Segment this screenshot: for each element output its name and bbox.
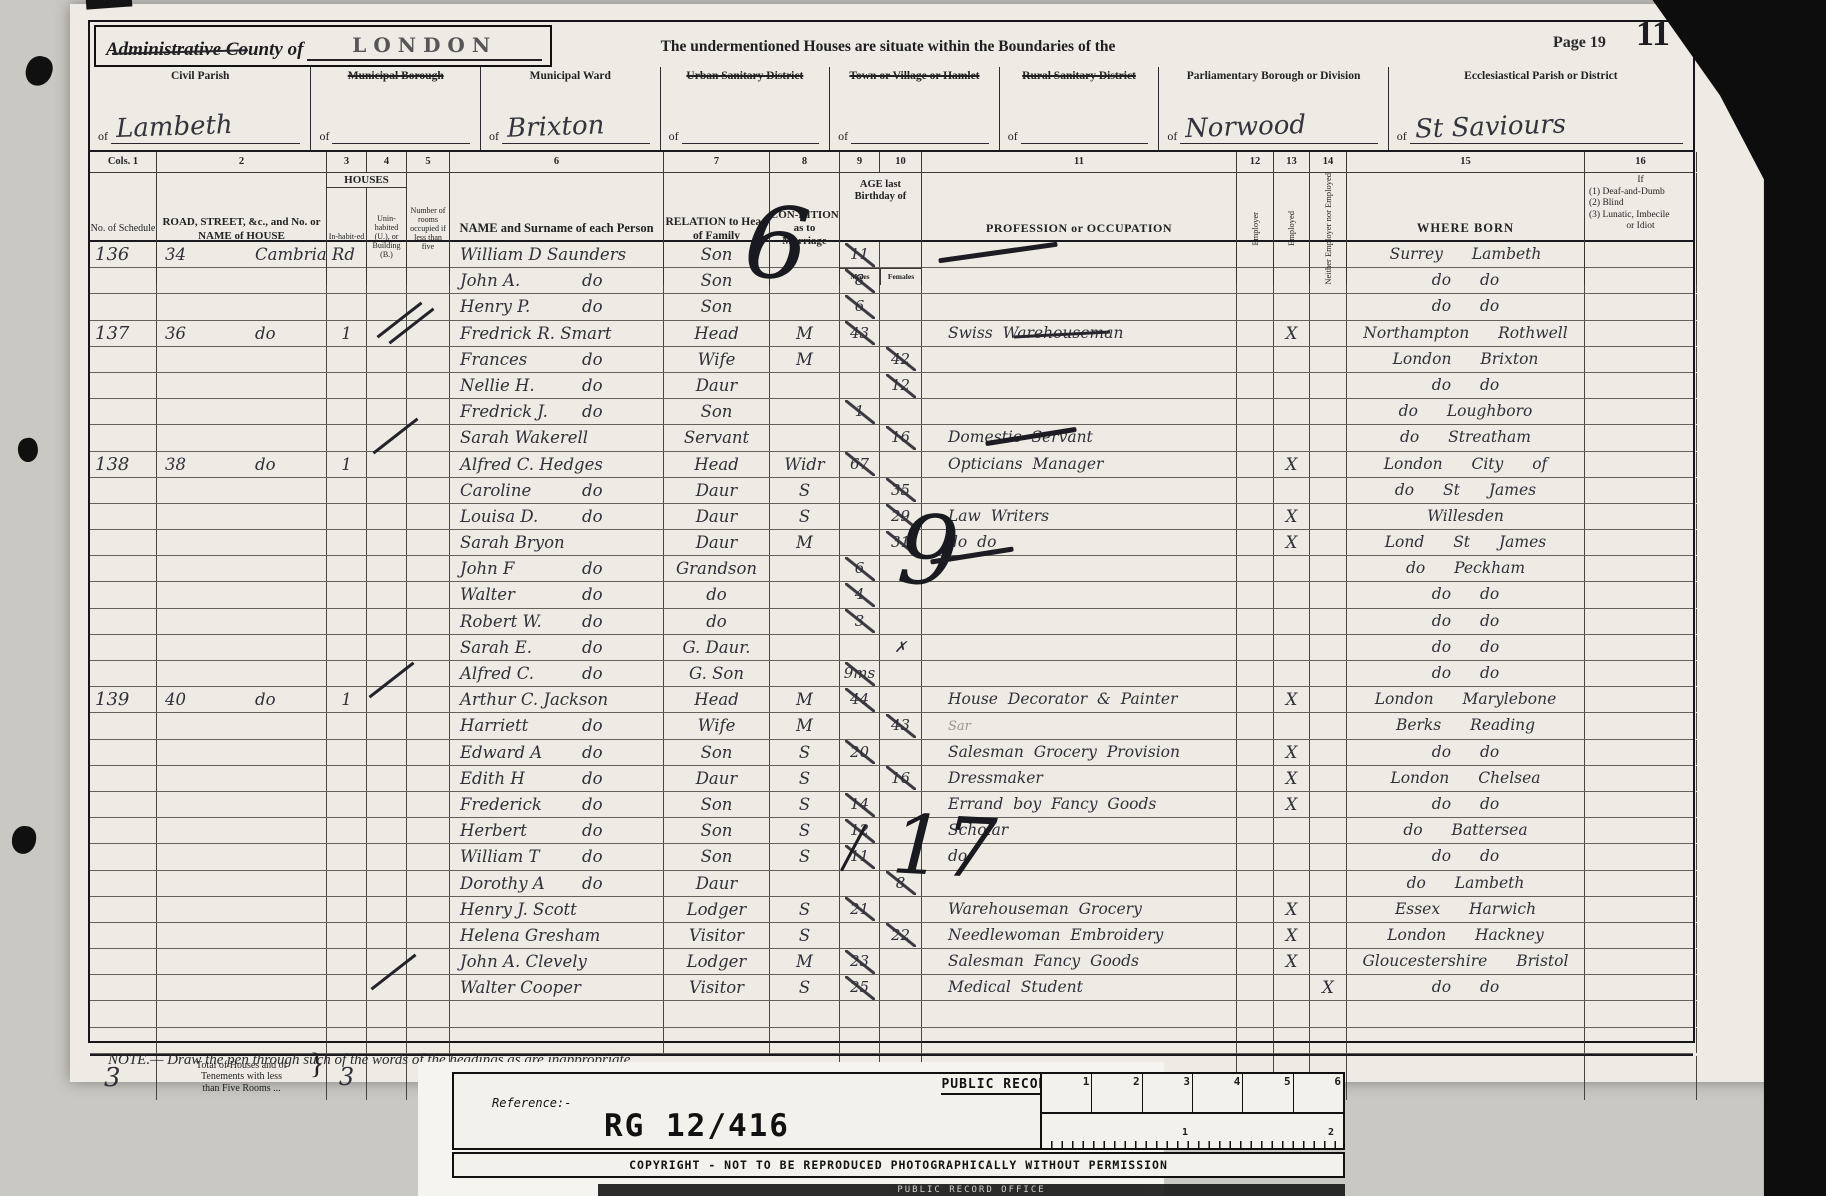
cell-condition: S <box>770 844 840 869</box>
census-page-scan: { "page": { "page_label": "Page 19", "pa… <box>0 0 1826 1196</box>
cell-age-female <box>880 1028 922 1053</box>
cell-inhabited <box>327 425 367 450</box>
cell-employer <box>1237 740 1274 765</box>
cell-name: Helena Gresham <box>450 923 664 948</box>
cell-employer <box>1237 321 1274 346</box>
cell-infirmity <box>1585 242 1697 267</box>
cell-employer <box>1237 582 1274 607</box>
cell-infirmity <box>1585 452 1697 477</box>
census-table: Cols. 12 34 56 78 910 1112 1314 1516 No.… <box>90 150 1693 1100</box>
cell-where-born: Surrey Lambeth <box>1347 242 1585 267</box>
cell-relation: Grandson <box>664 556 770 581</box>
handwritten-value: Brixton <box>507 110 605 143</box>
cell-name: Henry J. Scott <box>450 897 664 922</box>
table-row: Edith HdoDaurS16DressmakerXLondon Chelse… <box>90 766 1693 792</box>
cell-employer <box>1237 268 1274 293</box>
cell-condition: S <box>770 740 840 765</box>
cell-address: 40do <box>157 687 327 712</box>
cell-neither <box>1310 1028 1347 1053</box>
partial-stamp-band: PUBLIC RECORD OFFICE <box>598 1184 1345 1196</box>
cell-where-born: London Marylebone <box>1347 687 1585 712</box>
cell-employed <box>1274 347 1310 372</box>
cell-condition: S <box>770 792 840 817</box>
cell-relation: do <box>664 609 770 634</box>
cell-rooms <box>407 504 450 529</box>
cell-age-male: 21 <box>840 897 880 922</box>
cell-condition <box>770 1001 840 1026</box>
cell-relation: Daur <box>664 871 770 896</box>
cell-employer <box>1237 478 1274 503</box>
cell-inhabited <box>327 609 367 634</box>
cell-occupation: Dressmaker <box>922 766 1237 791</box>
cell-employed <box>1274 556 1310 581</box>
cell-name: Frederickdo <box>450 792 664 817</box>
cell-address <box>157 582 327 607</box>
cell-age-male: 6 <box>840 294 880 319</box>
cell-infirmity <box>1585 504 1697 529</box>
cell-uninhabited <box>367 923 407 948</box>
cell-inhabited <box>327 766 367 791</box>
cell-where-born: Berks Reading <box>1347 713 1585 739</box>
cell-age-male: 43 <box>840 321 880 346</box>
table-row: Helena GreshamVisitorS22Needlewoman Embr… <box>90 923 1693 949</box>
cell-relation: Servant <box>664 425 770 450</box>
cell-age-female <box>880 452 922 477</box>
cell-inhabited <box>327 923 367 948</box>
district-municipal-ward: Municipal Ward of Brixton <box>481 67 661 150</box>
cell-neither <box>1310 452 1347 477</box>
cell-condition <box>770 556 840 581</box>
cell-name: Sarah Wakerell <box>450 425 664 450</box>
cell-inhabited <box>327 504 367 529</box>
cell-infirmity <box>1585 897 1697 922</box>
cell-name <box>450 1028 664 1053</box>
cell-condition <box>770 609 840 634</box>
cell-condition: M <box>770 321 840 346</box>
table-row: John FdoGrandson6do Peckham <box>90 556 1693 582</box>
cell-where-born: do do <box>1347 294 1585 319</box>
cell-age-female: 16 <box>880 425 922 450</box>
cell-inhabited <box>327 1001 367 1026</box>
cell-address <box>157 661 327 686</box>
cell-age-female <box>880 975 922 1000</box>
cell-occupation: House Decorator & Painter <box>922 687 1237 712</box>
cell-schedule <box>90 556 157 581</box>
cell-inhabited <box>327 897 367 922</box>
cell-occupation <box>922 661 1237 686</box>
cell-relation: Wife <box>664 347 770 372</box>
cell-infirmity <box>1585 1028 1697 1053</box>
cell-employer <box>1237 661 1274 686</box>
table-row: Sarah E.doG. Daur.✗do do <box>90 635 1693 661</box>
cell-rooms <box>407 871 450 896</box>
admin-county-rule: LONDON <box>307 39 542 61</box>
cell-employer <box>1237 556 1274 581</box>
cell-age-male <box>840 530 880 555</box>
cell-inhabited <box>327 582 367 607</box>
cell-occupation: Law Writers <box>922 504 1237 529</box>
cell-occupation: Needlewoman Embroidery <box>922 923 1237 948</box>
cell-rooms <box>407 897 450 922</box>
cell-age-female <box>880 321 922 346</box>
cell-relation: Son <box>664 740 770 765</box>
cell-employed: X <box>1274 687 1310 712</box>
cell-name: Walter Cooper <box>450 975 664 1000</box>
cell-age-male: 44 <box>840 687 880 712</box>
cell-inhabited <box>327 792 367 817</box>
cell-relation: Daur <box>664 373 770 398</box>
cell-employed <box>1274 478 1310 503</box>
cell-where-born: Northampton Rothwell <box>1347 321 1585 346</box>
cell-inhabited <box>327 740 367 765</box>
cell-schedule: 138 <box>90 452 157 477</box>
cell-name: William Tdo <box>450 844 664 869</box>
reference-label: Reference:- <box>492 1096 571 1110</box>
cell-uninhabited <box>367 373 407 398</box>
cell-employer <box>1237 871 1274 896</box>
cell-employer <box>1237 242 1274 267</box>
tally-mark-17: 17 <box>890 797 999 897</box>
cell-rooms <box>407 347 450 372</box>
cell-employer <box>1237 294 1274 319</box>
cell-address <box>157 399 327 424</box>
cell-age-male <box>840 373 880 398</box>
cell-employer <box>1237 399 1274 424</box>
table-row: FrederickdoSonS14Errand boy Fancy GoodsX… <box>90 792 1693 818</box>
cell-inhabited <box>327 949 367 974</box>
cell-neither <box>1310 294 1347 319</box>
cell-relation: Head <box>664 452 770 477</box>
cell-rooms <box>407 1001 450 1026</box>
cell-infirmity <box>1585 582 1697 607</box>
cell-address <box>157 923 327 948</box>
cell-where-born: London Chelsea <box>1347 766 1585 791</box>
handwritten-value: St Saviours <box>1414 109 1566 144</box>
cell-where-born: do Battersea <box>1347 818 1585 843</box>
cell-employed <box>1274 713 1310 739</box>
admin-county-label: Administrative County of <box>106 39 303 61</box>
cell-schedule <box>90 923 157 948</box>
table-row <box>90 1001 1693 1027</box>
cell-employer <box>1237 425 1274 450</box>
table-row: Alfred C.doG. Son9msdo do <box>90 661 1693 687</box>
cell-relation <box>664 1028 770 1053</box>
cell-relation: Son <box>664 844 770 869</box>
table-row: Walter CooperVisitorS25Medical StudentXd… <box>90 975 1693 1001</box>
cell-rooms <box>407 687 450 712</box>
cell-uninhabited <box>367 504 407 529</box>
cell-where-born: do do <box>1347 792 1585 817</box>
cell-employer <box>1237 975 1274 1000</box>
cell-employed <box>1274 871 1310 896</box>
table-row: FrancesdoWifeM42London Brixton <box>90 347 1693 373</box>
cell-employer <box>1237 923 1274 948</box>
cell-where-born: do do <box>1347 740 1585 765</box>
cell-condition: S <box>770 975 840 1000</box>
cell-age-male <box>840 504 880 529</box>
cell-relation: Head <box>664 687 770 712</box>
cell-where-born: do do <box>1347 975 1585 1000</box>
cell-address <box>157 530 327 555</box>
cell-employer <box>1237 347 1274 372</box>
cell-rooms <box>407 556 450 581</box>
cell-age-female <box>880 1001 922 1026</box>
cell-inhabited <box>327 373 367 398</box>
cell-uninhabited <box>367 792 407 817</box>
cell-employed <box>1274 425 1310 450</box>
cell-employed <box>1274 1001 1310 1026</box>
cell-schedule <box>90 425 157 450</box>
cell-neither: X <box>1310 975 1347 1000</box>
cell-employed <box>1274 844 1310 869</box>
cell-uninhabited <box>367 609 407 634</box>
cell-employer <box>1237 844 1274 869</box>
cell-relation: G. Son <box>664 661 770 686</box>
cell-address <box>157 949 327 974</box>
cell-where-born: London City of <box>1347 452 1585 477</box>
cell-rooms <box>407 452 450 477</box>
cell-address <box>157 556 327 581</box>
cell-schedule <box>90 713 157 739</box>
cell-age-female <box>880 242 922 267</box>
cell-employed <box>1274 582 1310 607</box>
cell-infirmity <box>1585 530 1697 555</box>
cell-name: William D Saunders <box>450 242 664 267</box>
cell-age-male: 1 <box>840 399 880 424</box>
cell-infirmity <box>1585 792 1697 817</box>
cell-rooms <box>407 923 450 948</box>
cell-employed <box>1274 294 1310 319</box>
cell-rooms <box>407 609 450 634</box>
cell-age-male: 67 <box>840 452 880 477</box>
cell-address <box>157 1001 327 1026</box>
cell-age-male <box>840 923 880 948</box>
cell-condition: S <box>770 923 840 948</box>
cell-inhabited: 1 <box>327 452 367 477</box>
cell-neither <box>1310 478 1347 503</box>
cell-name: Louisa D.do <box>450 504 664 529</box>
table-row: 13838do1Alfred C. HedgesHeadWidr67Optici… <box>90 452 1693 478</box>
cell-name: Sarah E.do <box>450 635 664 660</box>
cell-schedule <box>90 347 157 372</box>
cell-schedule <box>90 635 157 660</box>
cell-schedule <box>90 661 157 686</box>
cell-rooms <box>407 582 450 607</box>
cell-occupation: Opticians Manager <box>922 452 1237 477</box>
cell-name: Fredrick J.do <box>450 399 664 424</box>
cell-employed <box>1274 818 1310 843</box>
cell-age-male <box>840 713 880 739</box>
cell-where-born <box>1347 1028 1585 1053</box>
cell-infirmity <box>1585 923 1697 948</box>
cell-inhabited <box>327 399 367 424</box>
cell-address <box>157 1028 327 1053</box>
cell-rooms <box>407 242 450 267</box>
cell-age-female <box>880 687 922 712</box>
cell-condition <box>770 425 840 450</box>
cell-name: Arthur C. Jackson <box>450 687 664 712</box>
cell-age-male: 25 <box>840 975 880 1000</box>
cell-relation: Daur <box>664 478 770 503</box>
cell-occupation <box>922 556 1237 581</box>
cell-relation: G. Daur. <box>664 635 770 660</box>
cell-neither <box>1310 399 1347 424</box>
cell-occupation: Swiss Warehouseman <box>922 321 1237 346</box>
cell-employed <box>1274 1028 1310 1053</box>
cell-age-female: 42 <box>880 347 922 372</box>
cell-condition <box>770 582 840 607</box>
cell-infirmity <box>1585 687 1697 712</box>
cell-name: Francesdo <box>450 347 664 372</box>
cell-inhabited: 1 <box>327 321 367 346</box>
cell-infirmity <box>1585 321 1697 346</box>
cell-neither <box>1310 268 1347 293</box>
table-row: Nellie H.doDaur12do do <box>90 373 1693 399</box>
cell-infirmity <box>1585 635 1697 660</box>
cell-occupation: Sar <box>922 713 1237 739</box>
cell-rooms <box>407 713 450 739</box>
cell-inhabited <box>327 1028 367 1053</box>
cell-inhabited <box>327 635 367 660</box>
cell-age-female <box>880 949 922 974</box>
cell-employer <box>1237 452 1274 477</box>
cell-where-born: Lond St James <box>1347 530 1585 555</box>
cell-condition: S <box>770 818 840 843</box>
cell-condition <box>770 1028 840 1053</box>
cell-relation: Son <box>664 818 770 843</box>
cell-name: John Fdo <box>450 556 664 581</box>
cell-rooms <box>407 478 450 503</box>
district-rural-sanitary: Rural Sanitary District of <box>1000 67 1160 150</box>
cell-name: Alfred C.do <box>450 661 664 686</box>
pen-strike <box>1014 330 1110 338</box>
cell-schedule <box>90 530 157 555</box>
cell-age-female <box>880 661 922 686</box>
handwritten-value: Lambeth <box>116 110 234 144</box>
cell-condition <box>770 871 840 896</box>
cell-name: Herbertdo <box>450 818 664 843</box>
copyright-strip: COPYRIGHT - NOT TO BE REPRODUCED PHOTOGR… <box>452 1152 1345 1178</box>
cell-employer <box>1237 766 1274 791</box>
cell-infirmity <box>1585 1001 1697 1026</box>
folio-stamp: 11 <box>1636 12 1670 54</box>
cell-infirmity <box>1585 373 1697 398</box>
cell-condition: M <box>770 687 840 712</box>
cell-rooms <box>407 268 450 293</box>
table-row: Sarah BryonDaurM31do doXLond St James <box>90 530 1693 556</box>
cell-name: Carolinedo <box>450 478 664 503</box>
cell-occupation <box>922 347 1237 372</box>
cell-condition <box>770 373 840 398</box>
cell-neither <box>1310 530 1347 555</box>
cell-neither <box>1310 766 1347 791</box>
cell-occupation: Domestic Servant <box>922 425 1237 450</box>
cell-address <box>157 844 327 869</box>
cell-infirmity <box>1585 294 1697 319</box>
column-headers-row: No. of Schedule ROAD, STREET, &c., and N… <box>90 173 1693 242</box>
cell-infirmity <box>1585 609 1697 634</box>
cell-where-born: do St James <box>1347 478 1585 503</box>
cell-relation: do <box>664 582 770 607</box>
cell-schedule <box>90 975 157 1000</box>
cell-age-male: 3 <box>840 609 880 634</box>
cell-schedule <box>90 373 157 398</box>
cell-where-born: do Loughboro <box>1347 399 1585 424</box>
cell-age-male: 8 <box>840 268 880 293</box>
cell-where-born: do do <box>1347 844 1585 869</box>
district-municipal-borough: Municipal Borough of <box>311 67 481 150</box>
cell-employer <box>1237 1001 1274 1026</box>
cell-address <box>157 740 327 765</box>
table-row: Sarah WakerellServant16Domestic Servantd… <box>90 425 1693 451</box>
cell-schedule: 139 <box>90 687 157 712</box>
cell-condition: M <box>770 949 840 974</box>
cell-neither <box>1310 661 1347 686</box>
cell-relation: Wife <box>664 713 770 739</box>
ruler-numbers: 12 34 56 <box>1042 1074 1343 1114</box>
cell-where-born: do do <box>1347 635 1585 660</box>
district-ecclesiastical: Ecclesiastical Parish or District of St … <box>1389 67 1693 150</box>
cell-rooms <box>407 844 450 869</box>
cell-neither <box>1310 949 1347 974</box>
cell-name: Nellie H.do <box>450 373 664 398</box>
cell-address <box>157 975 327 1000</box>
cell-schedule <box>90 268 157 293</box>
cell-age-male <box>840 1028 880 1053</box>
cell-name: Harriettdo <box>450 713 664 739</box>
situate-line: The undermentioned Houses are situate wi… <box>568 38 1208 56</box>
cell-relation: Lodger <box>664 897 770 922</box>
cell-address <box>157 347 327 372</box>
cell-infirmity <box>1585 766 1697 791</box>
cell-age-female: 16 <box>880 766 922 791</box>
cell-rooms <box>407 792 450 817</box>
cell-uninhabited <box>367 635 407 660</box>
cell-relation: Lodger <box>664 949 770 974</box>
cell-inhabited <box>327 713 367 739</box>
handwritten-value: Norwood <box>1185 110 1307 144</box>
cell-name <box>450 1001 664 1026</box>
tally-mark-9: 9 <box>894 493 963 609</box>
cell-condition: Widr <box>770 452 840 477</box>
cell-occupation <box>922 582 1237 607</box>
cell-name: John A.do <box>450 268 664 293</box>
cell-name: Walterdo <box>450 582 664 607</box>
cell-neither <box>1310 1001 1347 1026</box>
cell-schedule <box>90 478 157 503</box>
table-row: Henry J. ScottLodgerS21Warehouseman Groc… <box>90 897 1693 923</box>
cell-infirmity <box>1585 818 1697 843</box>
cell-schedule <box>90 1028 157 1053</box>
cell-condition: M <box>770 530 840 555</box>
cell-occupation <box>922 609 1237 634</box>
cell-name: Robert W.do <box>450 609 664 634</box>
page-number-label: Page 19 <box>1553 34 1606 52</box>
table-row: John A.doSon8do do <box>90 268 1693 294</box>
cell-neither <box>1310 556 1347 581</box>
pro-stamp-card: PUBLIC RECORD OFFICE Reference:- RG 12/4… <box>452 1072 1130 1150</box>
cell-employed <box>1274 268 1310 293</box>
cell-employer <box>1237 949 1274 974</box>
cell-condition <box>770 399 840 424</box>
cell-relation: Daur <box>664 530 770 555</box>
cell-occupation <box>922 635 1237 660</box>
cell-condition <box>770 661 840 686</box>
cell-neither <box>1310 609 1347 634</box>
cell-where-born: do Lambeth <box>1347 871 1585 896</box>
cell-inhabited <box>327 294 367 319</box>
cell-rooms <box>407 373 450 398</box>
